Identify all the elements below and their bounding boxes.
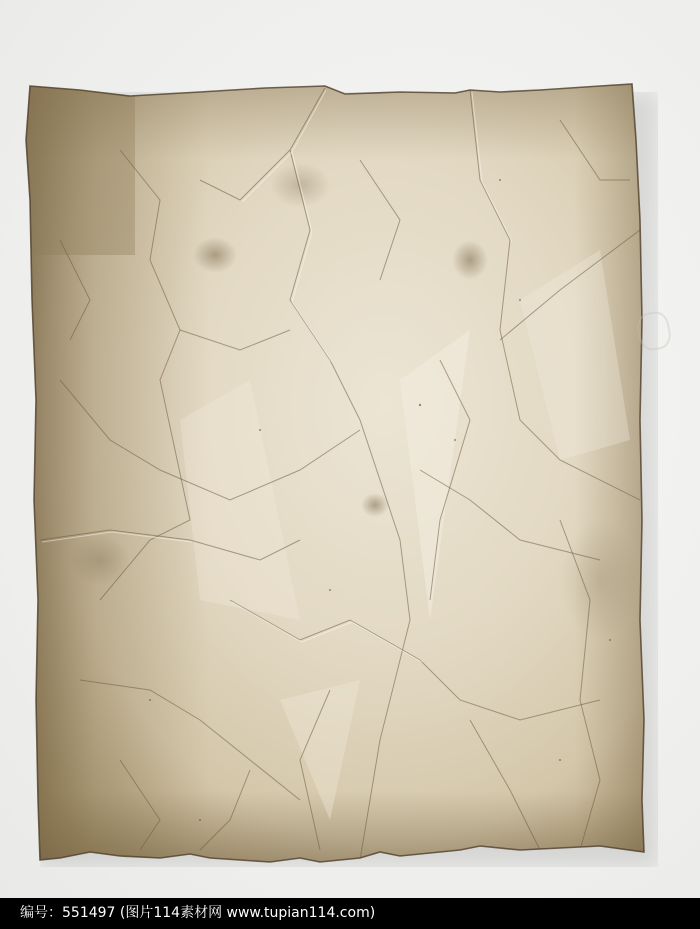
paper-illustration <box>0 0 700 898</box>
image-caption-bar: 编号：551497 (图片114素材网 www.tupian114.com) <box>0 898 700 929</box>
aged-paper <box>0 0 700 898</box>
caption-text: 编号：551497 (图片114素材网 www.tupian114.com) <box>20 905 375 921</box>
photo-background <box>0 0 700 898</box>
